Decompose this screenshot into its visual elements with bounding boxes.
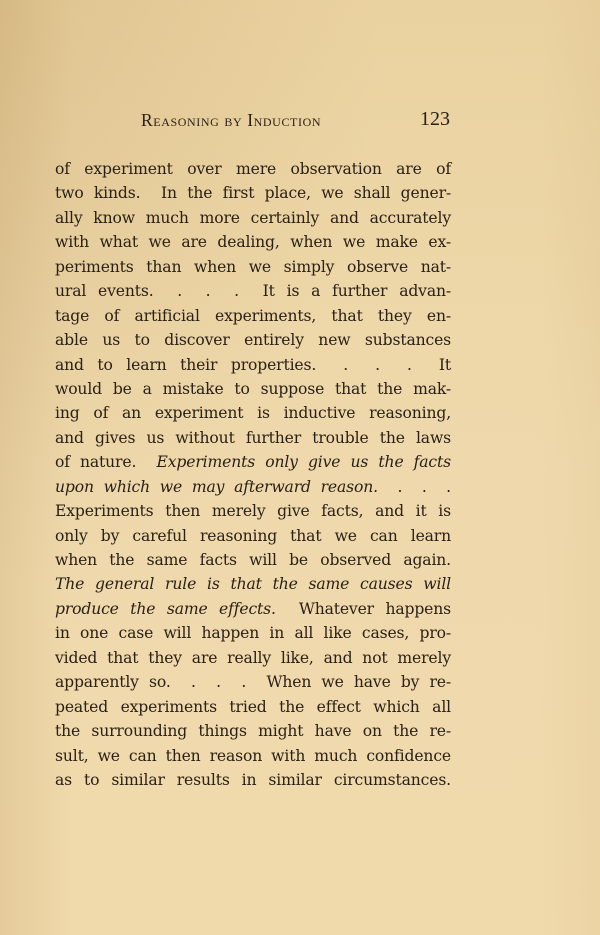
- text-line: able us to discover entirely new substan…: [55, 328, 451, 352]
- text-line: and gives us without further trouble the…: [55, 426, 451, 450]
- italic-segment: Experiments only give us the facts: [157, 453, 451, 471]
- text-line: ing of an experiment is inductive reason…: [55, 401, 451, 425]
- text-line: periments than when we simply observe na…: [55, 255, 451, 279]
- text-line: the surrounding things might have on the…: [55, 719, 451, 743]
- text-segment: of experiment over mere observation are …: [55, 160, 451, 178]
- text-line: of experiment over mere observation are …: [55, 157, 451, 181]
- text-segment: periments than when we simply observe na…: [55, 258, 451, 276]
- book-page: Reasoning by Induction 123 of experiment…: [0, 0, 600, 935]
- text-segment: vided that they are really like, and not…: [55, 649, 451, 667]
- text-line: only by careful reasoning that we can le…: [55, 524, 451, 548]
- text-segment: and to learn their properties. . . . It: [55, 356, 451, 374]
- text-line: ural events. . . . It is a further advan…: [55, 279, 451, 303]
- text-segment: apparently so. . . . When we have by re-: [55, 673, 451, 691]
- text-line: as to similar results in similar circums…: [55, 768, 451, 792]
- italic-segment: produce the same effects.: [55, 600, 276, 618]
- text-segment: in one case will happen in all like case…: [55, 624, 451, 642]
- text-line: produce the same effects. Whatever happe…: [55, 597, 451, 621]
- text-segment: . . .: [378, 478, 451, 496]
- text-segment: ing of an experiment is inductive reason…: [55, 404, 451, 422]
- text-line: of nature. Experiments only give us the …: [55, 450, 451, 474]
- text-line: when the same facts will be observed aga…: [55, 548, 451, 572]
- text-line: ally know much more certainly and accura…: [55, 206, 451, 230]
- text-segment: with what we are dealing, when we make e…: [55, 233, 451, 251]
- text-line: upon which we may afterward reason. . . …: [55, 475, 451, 499]
- text-line: apparently so. . . . When we have by re-: [55, 670, 451, 694]
- text-line: in one case will happen in all like case…: [55, 621, 451, 645]
- text-line: with what we are dealing, when we make e…: [55, 230, 451, 254]
- text-segment: would be a mistake to suppose that the m…: [55, 380, 451, 398]
- text-segment: and gives us without further trouble the…: [55, 429, 451, 447]
- text-segment: the surrounding things might have on the…: [55, 722, 451, 740]
- text-line: sult, we can then reason with much confi…: [55, 744, 451, 768]
- text-line: and to learn their properties. . . . It: [55, 353, 451, 377]
- body-text: of experiment over mere observation are …: [55, 157, 451, 792]
- text-segment: of nature.: [55, 453, 157, 471]
- text-segment: Whatever happens: [276, 600, 451, 618]
- page-number: 123: [420, 108, 450, 131]
- text-segment: peated experiments tried the effect whic…: [55, 698, 451, 716]
- text-line: would be a mistake to suppose that the m…: [55, 377, 451, 401]
- text-segment: sult, we can then reason with much confi…: [55, 747, 451, 765]
- text-segment: able us to discover entirely new substan…: [55, 331, 451, 349]
- text-line: vided that they are really like, and not…: [55, 646, 451, 670]
- text-line: two kinds. In the first place, we shall …: [55, 181, 451, 205]
- text-line: peated experiments tried the effect whic…: [55, 695, 451, 719]
- text-segment: ally know much more certainly and accura…: [55, 209, 451, 227]
- text-line: The general rule is that the same causes…: [55, 572, 451, 596]
- text-segment: only by careful reasoning that we can le…: [55, 527, 451, 545]
- text-line: Experiments then merely give facts, and …: [55, 499, 451, 523]
- italic-segment: upon which we may afterward reason.: [55, 478, 378, 496]
- italic-segment: The general rule is that the same causes…: [55, 575, 451, 593]
- text-line: tage of artificial experiments, that the…: [55, 304, 451, 328]
- running-head: Reasoning by Induction 123: [55, 110, 450, 134]
- running-title: Reasoning by Induction: [141, 110, 321, 131]
- text-segment: tage of artificial experiments, that the…: [55, 307, 451, 325]
- text-segment: when the same facts will be observed aga…: [55, 551, 451, 569]
- text-segment: two kinds. In the first place, we shall …: [55, 184, 451, 202]
- text-segment: as to similar results in similar circums…: [55, 771, 451, 789]
- text-segment: ural events. . . . It is a further advan…: [55, 282, 451, 300]
- text-segment: Experiments then merely give facts, and …: [55, 502, 451, 520]
